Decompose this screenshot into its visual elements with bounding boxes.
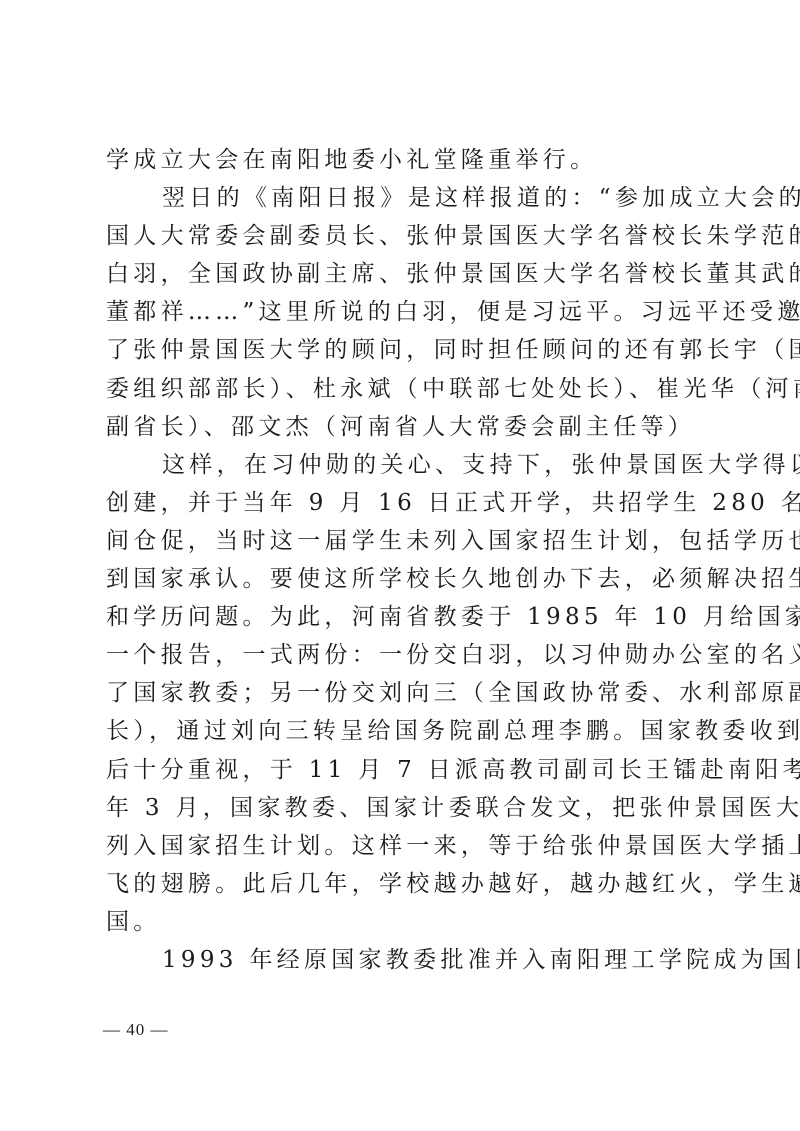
text-line: 后十分重视，于 11 月 7 日派高教司副司长王镭赴南阳考察。翌 — [106, 751, 690, 789]
text-line: 列入国家招生计划。这样一来，等于给张仲景国医大学插上了腾 — [106, 827, 690, 865]
text-line: 学成立大会在南阳地委小礼堂隆重举行。 — [106, 141, 690, 179]
text-line: 创建，并于当年 9 月 16 日正式开学，共招学生 280 名。由于时 — [106, 484, 690, 522]
text-line: 长），通过刘向三转呈给国务院副总理李鹏。国家教委收到报告 — [106, 712, 690, 750]
text-line: 翌日的《南阳日报》是这样报道的：“参加成立大会的有全 — [106, 179, 690, 217]
text-line: 副省长）、邵文杰（河南省人大常委会副主任等） — [106, 408, 690, 446]
text-line: 了国家教委；另一份交刘向三（全国政协常委、水利部原副部 — [106, 674, 690, 712]
page-number: — 40 — — [103, 1020, 169, 1040]
text-line: 董都祥……”这里所说的白羽，便是习远平。习远平还受邀担任 — [106, 293, 690, 331]
text-line: 国。 — [106, 903, 690, 941]
text-line: 1993 年经原国家教委批准并入南阳理工学院成为国医国药 — [106, 941, 690, 979]
text-line: 这样，在习仲勋的关心、支持下，张仲景国医大学得以顺利 — [106, 446, 690, 484]
text-line: 飞的翅膀。此后几年，学校越办越好，越办越红火，学生遍布全 — [106, 865, 690, 903]
document-page: 学成立大会在南阳地委小礼堂隆重举行。 翌日的《南阳日报》是这样报道的：“参加成立… — [106, 141, 696, 979]
text-line: 和学历问题。为此，河南省教委于 1985 年 10 月给国家教委写了 — [106, 598, 690, 636]
text-line: 年 3 月，国家教委、国家计委联合发文，把张仲景国医大学正式 — [106, 789, 690, 827]
text-line: 白羽，全国政协副主席、张仲景国医大学名誉校长董其武的代表 — [106, 255, 690, 293]
text-line: 到国家承认。要使这所学校长久地创办下去，必须解决招生计划 — [106, 560, 690, 598]
text-line: 间仓促，当时这一届学生未列入国家招生计划，包括学历也未得 — [106, 522, 690, 560]
text-line: 一个报告，一式两份：一份交白羽，以习仲勋办公室的名义送到 — [106, 636, 690, 674]
text-line: 国人大常委会副委员长、张仲景国医大学名誉校长朱学范的代表 — [106, 217, 690, 255]
text-line: 了张仲景国医大学的顾问，同时担任顾问的还有郭长宇（国家教 — [106, 331, 690, 369]
text-line: 委组织部部长）、杜永斌（中联部七处处长）、崔光华（河南省 — [106, 370, 690, 408]
